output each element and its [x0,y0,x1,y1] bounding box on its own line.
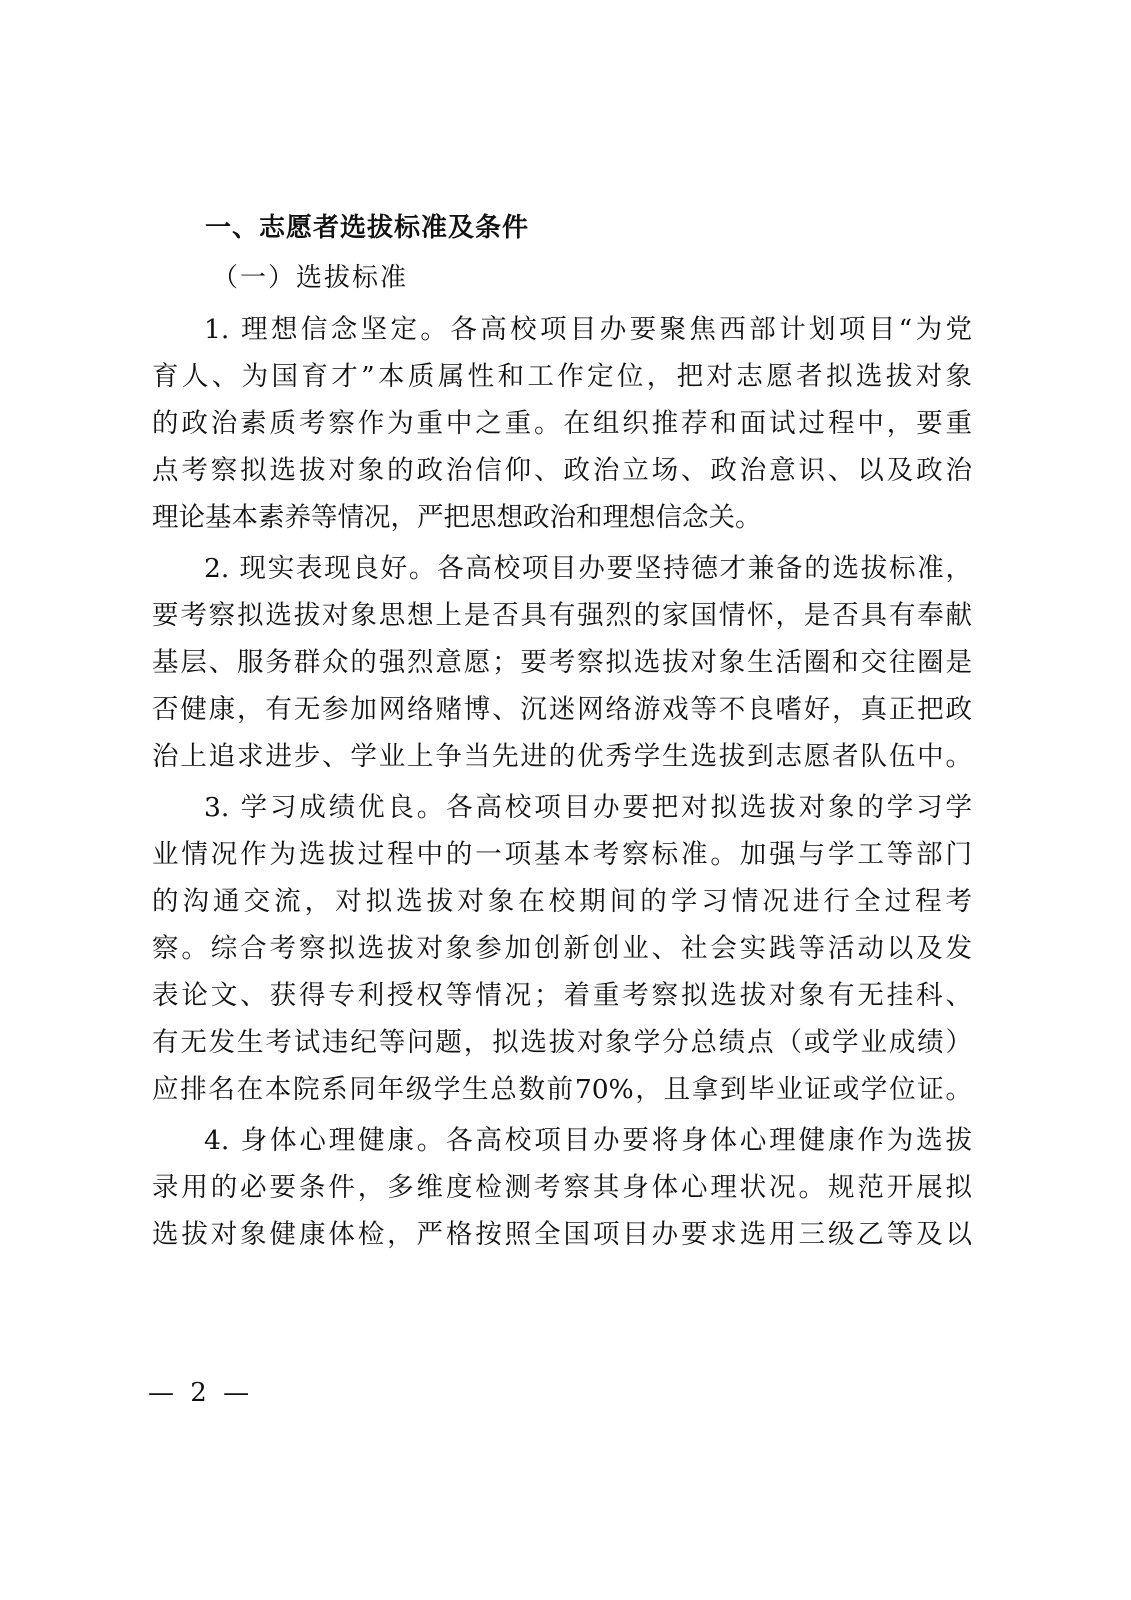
paragraph-2-line: 基层、服务群众的强烈意愿；要考察拟选拔对象生活圈和交往圈是 [152,639,972,686]
paragraph-1-line: 理论基本素养等情况，严把思想政治和理想信念关。 [152,494,972,541]
document-page: 一、志愿者选拔标准及条件 （一）选拔标准 1. 理想信念坚定。各高校项目办要聚焦… [0,0,1131,1600]
paragraph-1-line: 点考察拟选拔对象的政治信仰、政治立场、政治意识、以及政治 [152,447,972,494]
paragraph-4-line: 选拔对象健康体检，严格按照全国项目办要求选用三级乙等及以 [152,1211,972,1258]
section-heading: 一、志愿者选拔标准及条件 [205,205,529,252]
paragraph-2-line: 要考察拟选拔对象思想上是否具有强烈的家国情怀，是否具有奉献 [152,592,972,639]
paragraph-3-line: 3. 学习成绩优良。各高校项目办要把对拟选拔对象的学习学 [204,784,972,831]
paragraph-1-line: 育人、为国育才”本质属性和工作定位，把对志愿者拟选拔对象 [152,353,972,400]
paragraph-3-line: 的沟通交流，对拟选拔对象在校期间的学习情况进行全过程考 [152,878,972,925]
page-number: — 2 — [148,1373,253,1413]
paragraph-1-line: 1. 理想信念坚定。各高校项目办要聚焦西部计划项目“为党 [204,306,972,353]
paragraph-3-line: 业情况作为选拔过程中的一项基本考察标准。加强与学工等部门 [152,831,972,878]
paragraph-2-line: 2. 现实表现良好。各高校项目办要坚持德才兼备的选拔标准， [204,545,972,592]
paragraph-3-line: 应排名在本院系同年级学生总数前70%，且拿到毕业证或学位证。 [152,1066,972,1113]
paragraph-1-line: 的政治素质考察作为重中之重。在组织推荐和面试过程中，要重 [152,400,972,447]
subsection-heading: （一）选拔标准 [212,255,408,302]
paragraph-2-line: 治上追求进步、学业上争当先进的优秀学生选拔到志愿者队伍中。 [152,733,972,780]
paragraph-4-line: 4. 身体心理健康。各高校项目办要将身体心理健康作为选拔 [204,1117,972,1164]
paragraph-3-line: 表论文、获得专利授权等情况；着重考察拟选拔对象有无挂科、 [152,972,972,1019]
paragraph-3-line: 察。综合考察拟选拔对象参加创新创业、社会实践等活动以及发 [152,925,972,972]
paragraph-3-line: 有无发生考试违纪等问题，拟选拔对象学分总绩点（或学业成绩） [152,1019,972,1066]
paragraph-4-line: 录用的必要条件，多维度检测考察其身体心理状况。规范开展拟 [152,1164,972,1211]
paragraph-2-line: 否健康，有无参加网络赌博、沉迷网络游戏等不良嗜好，真正把政 [152,686,972,733]
